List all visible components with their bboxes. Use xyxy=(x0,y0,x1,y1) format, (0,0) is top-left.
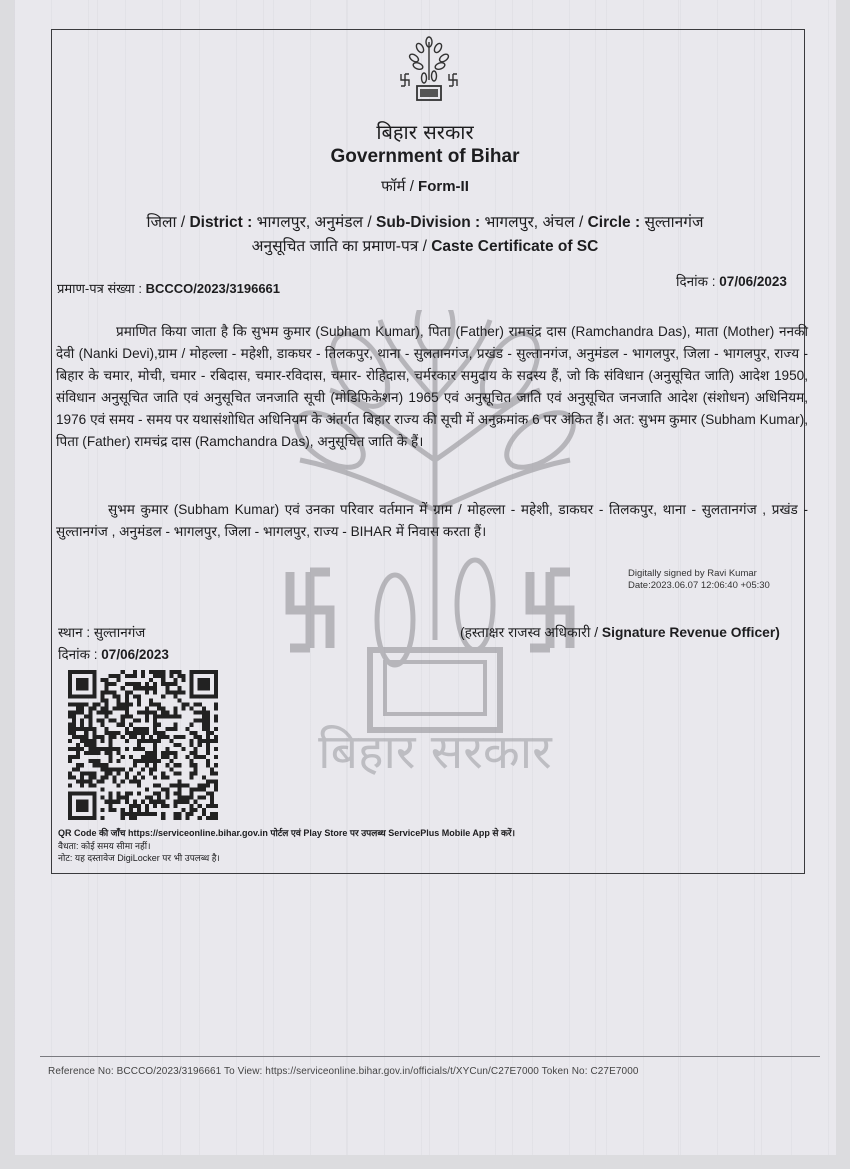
certificate-number-label: प्रमाण-पत्र संख्या : xyxy=(57,281,142,296)
subdivision-label-hi: अनुमंडल / xyxy=(315,214,372,231)
validity-note: वैधता: कोई समय सीमा नहीं। xyxy=(58,840,515,853)
qr-verify-note: QR Code की जाँच https://serviceonline.bi… xyxy=(58,827,515,840)
certificate-date: दिनांक : 07/06/2023 xyxy=(676,272,787,290)
subdivision-label-en: Sub-Division : xyxy=(376,214,480,231)
certificate-title-hi: अनुसूचित जाति का प्रमाण-पत्र / xyxy=(252,238,427,255)
location-line: जिला / District : भागलपुर, अनुमंडल / Sub… xyxy=(0,210,850,232)
qr-notes: QR Code की जाँच https://serviceonline.bi… xyxy=(58,827,515,865)
district-label-en: District : xyxy=(189,214,252,231)
issue-date-label: दिनांक : xyxy=(58,647,98,662)
bihar-emblem-icon xyxy=(398,36,460,106)
certificate-date-label: दिनांक : xyxy=(676,274,716,289)
digital-signature: Digitally signed by Ravi Kumar Date:2023… xyxy=(628,568,770,592)
place: स्थान : सुल्तानगंज xyxy=(58,623,145,641)
qr-code-icon[interactable] xyxy=(66,670,220,820)
reference-line: Reference No: BCCCO/2023/3196661 To View… xyxy=(48,1066,639,1077)
issue-date: दिनांक : 07/06/2023 xyxy=(58,645,169,663)
digital-signature-date: Date:2023.06.07 12:06:40 +05:30 xyxy=(628,580,770,592)
form-label-hi: फॉर्म / xyxy=(381,178,414,195)
circle-label-hi: अंचल / xyxy=(542,214,583,231)
residence-paragraph: सुभम कुमार (Subham Kumar) एवं उनका परिवा… xyxy=(56,499,808,543)
footer-divider xyxy=(40,1056,820,1057)
certification-paragraph: प्रमाणित किया जाता है कि सुभम कुमार (Sub… xyxy=(56,321,808,453)
certificate-number-value: BCCCO/2023/3196661 xyxy=(146,281,280,296)
certificate-title-en: Caste Certificate of SC xyxy=(431,238,598,255)
svg-text:बिहार सरकार: बिहार सरकार xyxy=(318,724,553,780)
district-value: भागलपुर, xyxy=(257,214,311,231)
digilocker-note: नोट: यह दस्तावेज DigiLocker पर भी उपलब्ध… xyxy=(58,852,515,865)
circle-label-en: Circle : xyxy=(588,214,641,231)
place-value: सुल्तानगंज xyxy=(94,625,145,640)
digital-signature-signer: Digitally signed by Ravi Kumar xyxy=(628,568,770,580)
certificate-title: अनुसूचित जाति का प्रमाण-पत्र / Caste Cer… xyxy=(0,234,850,256)
officer-signature-label: (हस्ताक्षर राजस्व अधिकारी / Signature Re… xyxy=(460,623,780,642)
district-label-hi: जिला / xyxy=(146,214,185,231)
circle-value: सुल्तानगंज xyxy=(644,214,703,231)
form-title: फॉर्म / Form-II xyxy=(0,176,850,196)
subdivision-value: भागलपुर, xyxy=(485,214,539,231)
certificate-date-value: 07/06/2023 xyxy=(719,274,787,289)
header-english-title: Government of Bihar xyxy=(0,146,850,168)
form-label-en: Form-II xyxy=(418,178,469,195)
certificate-number: प्रमाण-पत्र संख्या : BCCCO/2023/3196661 xyxy=(57,279,280,297)
officer-label-en: Signature Revenue Officer) xyxy=(602,625,780,640)
header-hindi-title: बिहार सरकार xyxy=(0,118,850,145)
place-label: स्थान : xyxy=(58,625,90,640)
officer-label-hi: (हस्ताक्षर राजस्व अधिकारी / xyxy=(460,625,598,640)
issue-date-value: 07/06/2023 xyxy=(101,647,169,662)
